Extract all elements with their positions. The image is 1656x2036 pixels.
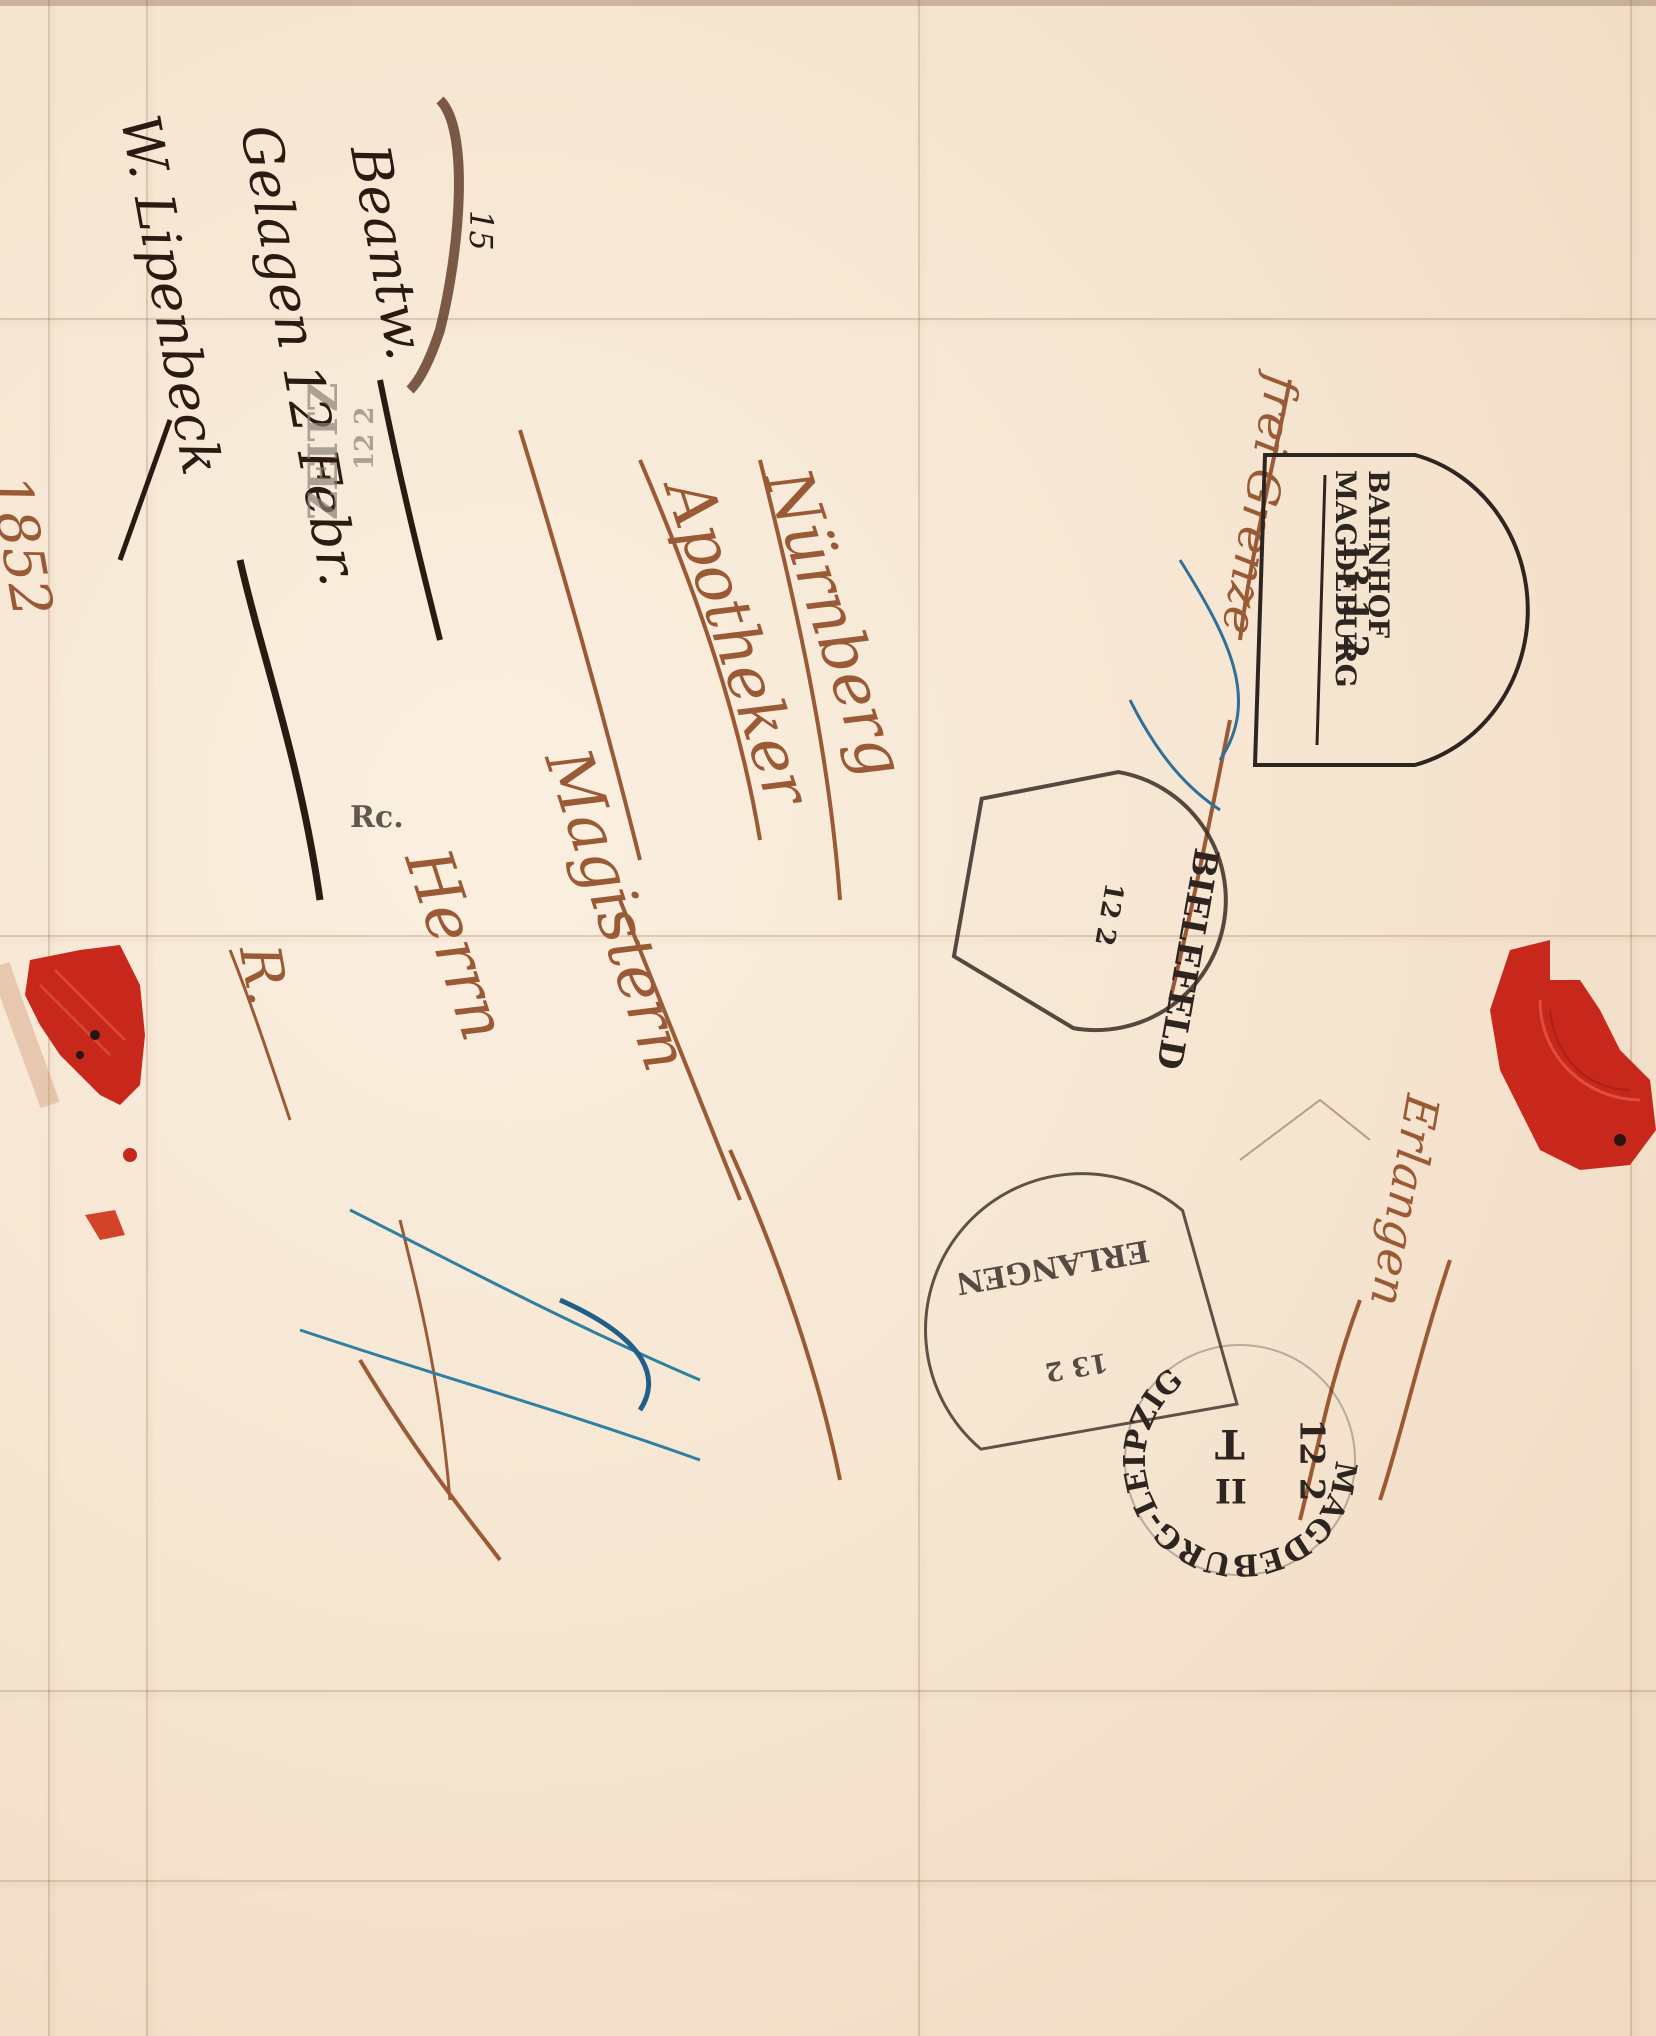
- marginal-mark: R.: [226, 940, 300, 1010]
- wax-seal-right: [1480, 930, 1656, 1180]
- postmark-magdeburg-leipzig: MAGDEBURG-LEIPZIG T II 12 2: [1120, 1340, 1360, 1580]
- postmark-bielefeld: BIELEFELD 12 2: [919, 716, 1272, 1093]
- postmark-rc: Rc.: [350, 800, 404, 835]
- postmark-zeitz-date: 12 2: [350, 407, 380, 470]
- postmark-ml-line: T: [1215, 1420, 1245, 1467]
- postmark-bahnhof: BAHNHOF MAGDEBURG 13 1 2: [1245, 440, 1515, 780]
- postmark-bahnhof-date: 13 1 2: [1335, 540, 1375, 658]
- postmark-ml-line2: II: [1215, 1470, 1247, 1510]
- wax-seal-left: [0, 925, 150, 1245]
- postmark-zeitz: ZEITZ: [300, 383, 347, 520]
- postmark-ml-date: 12 2: [1291, 1419, 1331, 1502]
- amount-note: 15: [462, 210, 500, 251]
- handwriting-strokes: [0, 0, 1656, 2036]
